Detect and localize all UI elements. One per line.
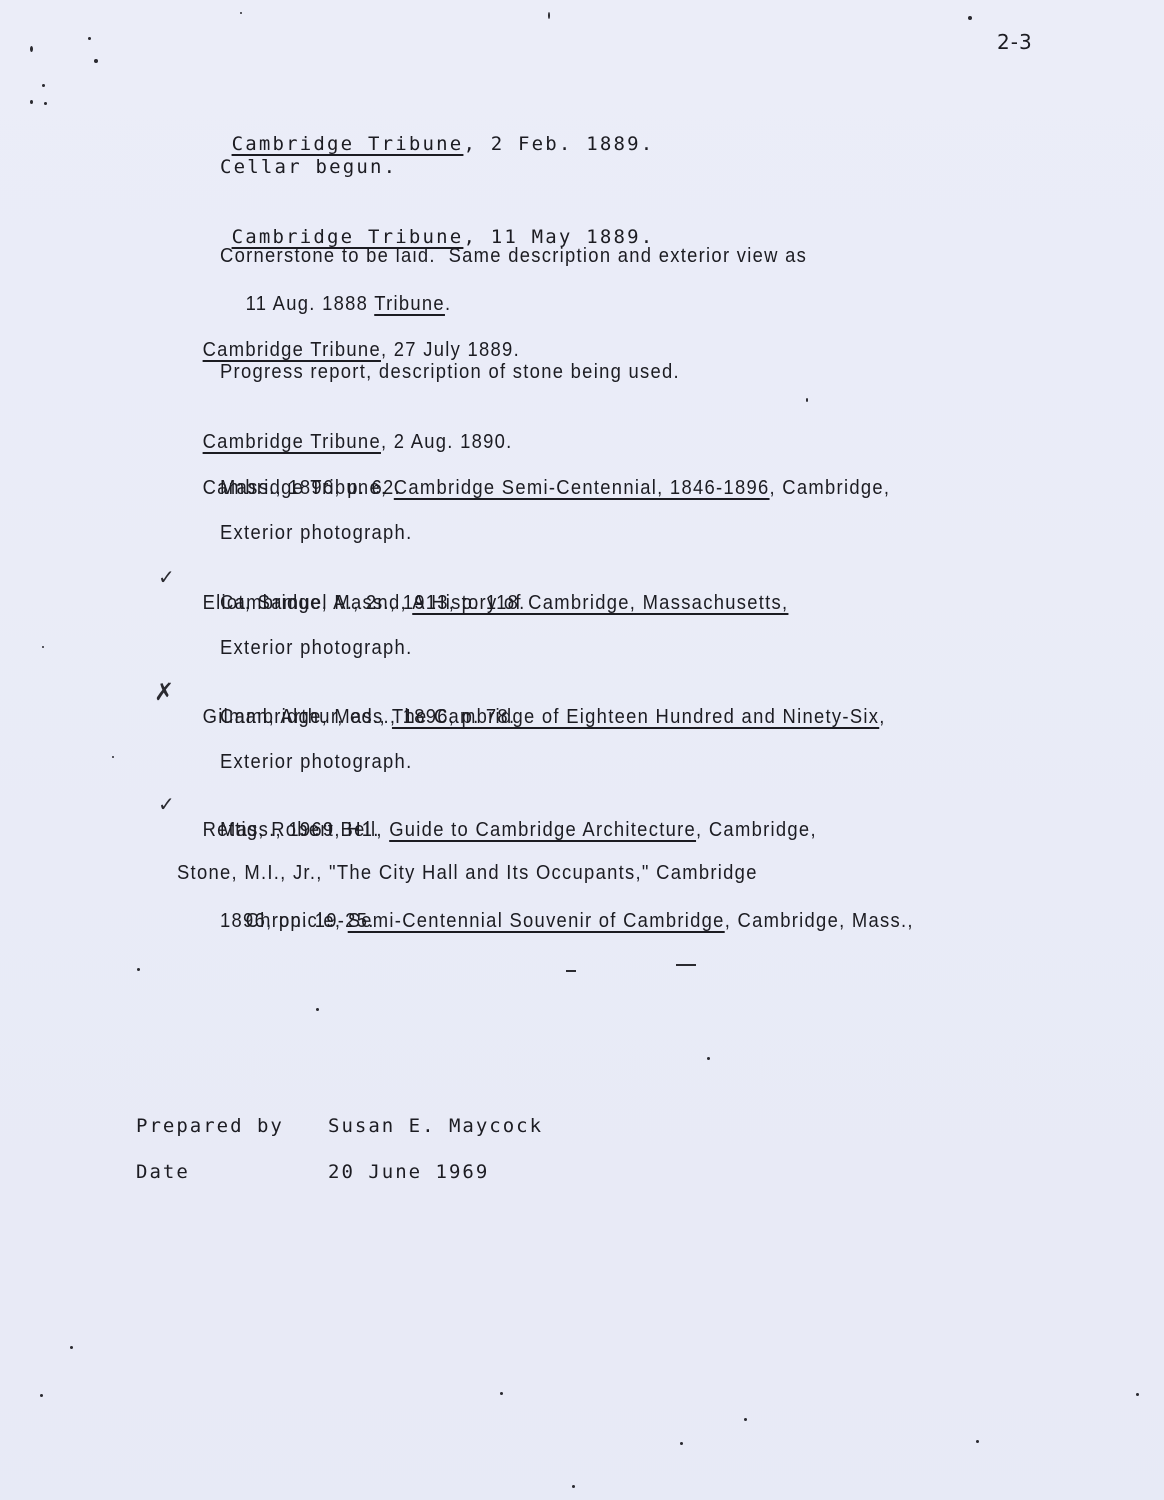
citation-detail: , Cambridge, (696, 819, 817, 841)
citation-detail: , 2 Feb. 1889. (463, 133, 654, 155)
scan-speck (42, 84, 45, 87)
note-line: Cellar begun. (220, 155, 397, 179)
check-mark-icon: ✓ (158, 565, 175, 589)
citation-line: 1896, pp. 19-25. (220, 909, 375, 933)
citation-line: Stone, M.I., Jr., "The City Hall and Its… (177, 861, 758, 885)
scan-speck (707, 1057, 710, 1060)
scan-speck (70, 1346, 73, 1349)
scan-speck (500, 1392, 503, 1395)
publication-title: Cambridge Semi-Centennial, 1846-1896 (394, 477, 770, 499)
publication-title: Guide to Cambridge Architecture (389, 819, 696, 841)
scan-speck (680, 1442, 683, 1445)
citation-line: Mass., 1969, H1. (220, 818, 380, 842)
scan-speck (1136, 1393, 1139, 1396)
page-number: 2-3 (997, 30, 1033, 54)
scan-speck (806, 398, 808, 402)
scan-speck (30, 46, 33, 52)
publication-title: Semi-Centennial Souvenir of Cambridge (348, 910, 725, 932)
citation-line: Cambridge, Mass., 1896, p. 78. (220, 705, 515, 729)
note-text: . (445, 293, 451, 315)
scan-speck (676, 964, 696, 966)
note-text: 11 Aug. 1888 (246, 293, 375, 315)
scan-speck (40, 1394, 43, 1397)
citation-detail: , Cambridge, (770, 477, 891, 499)
citation-detail: , Cambridge, Mass., (725, 910, 914, 932)
publication-title: Tribune (374, 293, 445, 315)
scan-speck (316, 1008, 319, 1011)
note-line: Exterior photograph. (220, 636, 412, 660)
scan-speck (30, 100, 33, 104)
publication-title: Cambridge Tribune (232, 133, 464, 155)
scan-speck (94, 59, 98, 63)
publication-title: Cambridge Tribune (203, 431, 381, 453)
scan-speck (968, 16, 972, 20)
cross-mark-icon: ✗ (154, 678, 174, 706)
scan-speck (42, 646, 44, 648)
scan-speck (572, 1485, 575, 1488)
citation-detail: , 2 Aug. 1890. (381, 431, 513, 453)
note-line: Exterior photograph. (220, 750, 412, 774)
citation-line: Cambridge, Mass., 1913, p. 118. (220, 591, 526, 615)
citation-detail: , (879, 706, 885, 728)
date-value: 20 June 1969 (328, 1161, 489, 1183)
scan-speck (88, 37, 91, 40)
citation-detail: , 27 July 1889. (381, 339, 520, 361)
scan-speck (240, 12, 242, 14)
note-line: Exterior photograph. (220, 521, 412, 545)
scan-speck (137, 968, 140, 971)
prepared-by-value: Susan E. Maycock (328, 1115, 543, 1137)
check-mark-icon: ✓ (158, 792, 175, 816)
scan-speck (548, 12, 550, 19)
prepared-by-label: Prepared by (136, 1115, 284, 1137)
scan-speck (44, 102, 47, 105)
scan-speck (566, 970, 576, 972)
publication-title: Cambridge Tribune (203, 339, 381, 361)
note-line: Cornerstone to be laid. Same description… (220, 244, 807, 268)
document-page: 2-3 Cambridge Tribune, 2 Feb. 1889. Cell… (0, 0, 1164, 1500)
date-label: Date (136, 1161, 190, 1183)
scan-speck (112, 756, 114, 758)
note-line: Progress report, description of stone be… (220, 360, 680, 384)
scan-speck (976, 1440, 979, 1443)
scan-speck (744, 1418, 747, 1421)
citation-line: Mass., 1896, p. 62. (220, 476, 401, 500)
